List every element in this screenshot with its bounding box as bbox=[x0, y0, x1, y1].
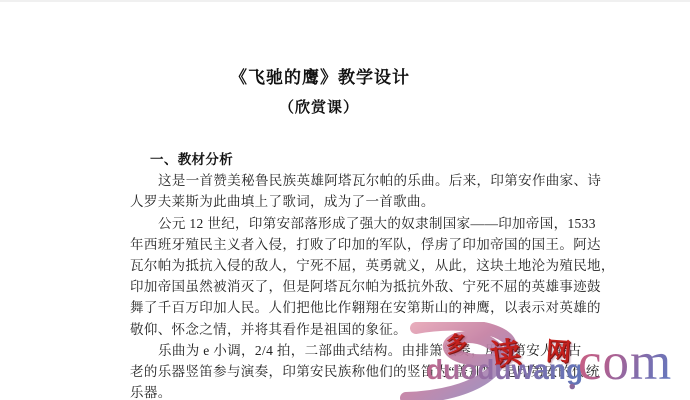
body-line: 这是一首赞美秘鲁民族英雄阿塔瓦尔帕的乐曲。后来，印第安作曲家、诗 bbox=[130, 170, 560, 191]
document-title: 《飞驰的鹰》教学设计 bbox=[0, 63, 665, 88]
watermark-tld: com bbox=[578, 332, 672, 392]
body-line: 敬仰、怀念之情，并将其看作是祖国的象征。 bbox=[130, 319, 560, 340]
document-page: 《飞驰的鹰》教学设计 （欣赏课） 一、教材分析 这是一首赞美秘鲁民族英雄阿塔瓦尔… bbox=[0, 0, 690, 400]
body-line: 印加帝国虽然被消灭了，但是阿塔瓦尔帕为抵抗外敌、宁死不屈的英雄事迹鼓 bbox=[130, 276, 560, 297]
document-body: 一、教材分析 这是一首赞美秘鲁民族英雄阿塔瓦尔帕的乐曲。后来，印第安作曲家、诗 … bbox=[130, 149, 560, 400]
body-line: 老的乐器竖笛参与演奏，印第安民族称他们的竖笛为“盖那”，是印第安的传统 bbox=[130, 361, 560, 382]
body-line: 公元 12 世纪，印第安部落形成了强大的奴隶制国家——印加帝国，1533 bbox=[130, 213, 560, 234]
document-subtitle: （欣赏课） bbox=[0, 96, 664, 117]
body-line: 年西班牙殖民主义者入侵，打败了印加的军队，俘虏了印加帝国的国王。阿达 bbox=[130, 234, 560, 255]
body-line: 瓦尔帕为抵抗入侵的敌人，宁死不屈，英勇就义，从此，这块土地沦为殖民地， bbox=[130, 255, 560, 276]
body-line: 乐曲为 e 小调，2/4 拍，二部曲式结构。由排箫领奏，用印第安人最古 bbox=[130, 340, 560, 361]
body-line: 人罗夫莱斯为此曲填上了歌词，成为了一首歌曲。 bbox=[130, 191, 560, 212]
body-line: 舞了千百万印加人民。人们把他比作翱翔在安第斯山的神鹰，以表示对英雄的 bbox=[130, 297, 560, 318]
body-line: 乐器。 bbox=[130, 382, 560, 400]
section-heading: 一、教材分析 bbox=[130, 149, 560, 170]
